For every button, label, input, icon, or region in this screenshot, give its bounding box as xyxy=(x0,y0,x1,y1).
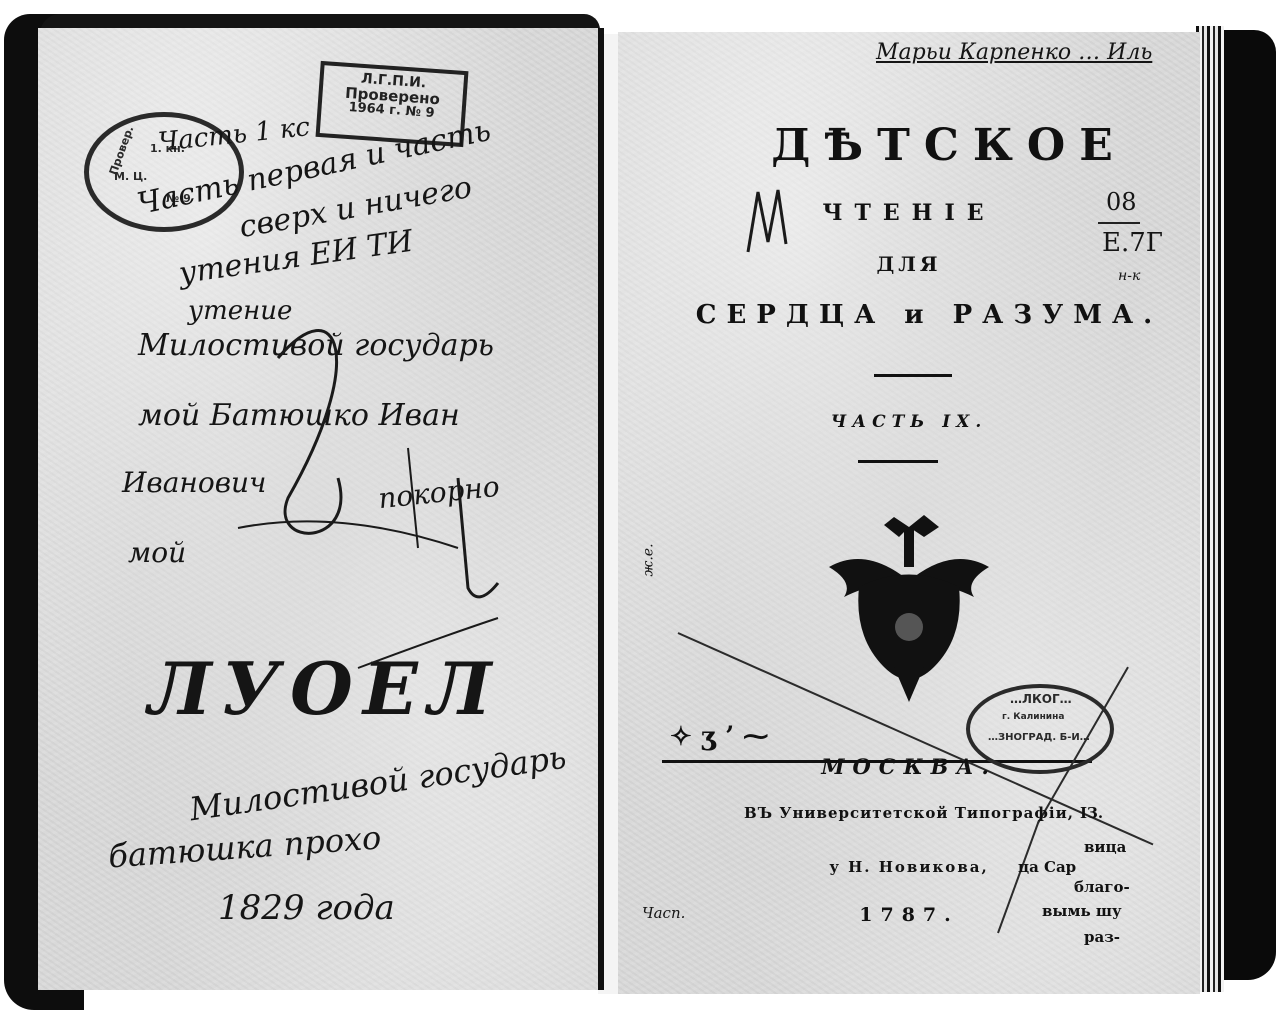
torn-text-fragment: раз- xyxy=(1084,928,1120,946)
book-cover-right xyxy=(1218,30,1276,980)
title-rule xyxy=(858,460,938,463)
title-rule xyxy=(874,374,952,377)
left-page-flyleaf: Л.Г.П.И. Проверено 1964 г. № 9 Провер. 1… xyxy=(38,28,604,990)
pencil-note: Часп. xyxy=(642,904,685,922)
imprint-city: МОСКВА. xyxy=(618,754,1200,779)
owner-inscription: Марьи Карпенко … Иль xyxy=(876,40,1152,65)
book-subtitle-for: ДЛЯ xyxy=(618,252,1200,276)
imprint-publisher: у Н. Новикова, xyxy=(618,858,1200,876)
handwritten-scribbles xyxy=(38,28,598,990)
right-page-title-page: Марьи Карпенко … Иль 08 Е.7Г н-к 101871 … xyxy=(618,32,1200,994)
stamp-line: …ЗНОГРАД. Б-И… xyxy=(988,732,1090,743)
ornament-flourishes: ✧ ʒ ʼ ⁓ xyxy=(670,722,769,752)
page-block-edges xyxy=(1196,26,1224,992)
torn-text-fragment: вица xyxy=(1084,838,1126,856)
shelf-mark-extra: ж.е. xyxy=(641,543,657,576)
book-part-number: ЧАСТЬ IX. xyxy=(618,412,1200,432)
torn-text-fragment: ІЗ. xyxy=(1080,804,1103,822)
stamp-line: г. Калинина xyxy=(1002,712,1064,722)
book-subtitle-heart-mind: СЕРДЦА и РАЗУМА. xyxy=(618,300,1200,330)
double-headed-eagle-emblem xyxy=(824,507,994,707)
book-subtitle-reading: ЧТЕНІЕ xyxy=(618,200,1200,226)
torn-text-fragment: ца Сар xyxy=(1018,858,1076,876)
torn-text-fragment: вымь шу xyxy=(1042,902,1122,920)
torn-text-fragment: благо- xyxy=(1074,878,1130,896)
book-title: ДѢТСКОЕ xyxy=(618,120,1200,171)
ink-scribble xyxy=(738,182,808,262)
imprint-press: ВЪ Университетской Типографіи, xyxy=(618,804,1200,822)
stamp-line: …ЛКОГ… xyxy=(1010,692,1072,706)
